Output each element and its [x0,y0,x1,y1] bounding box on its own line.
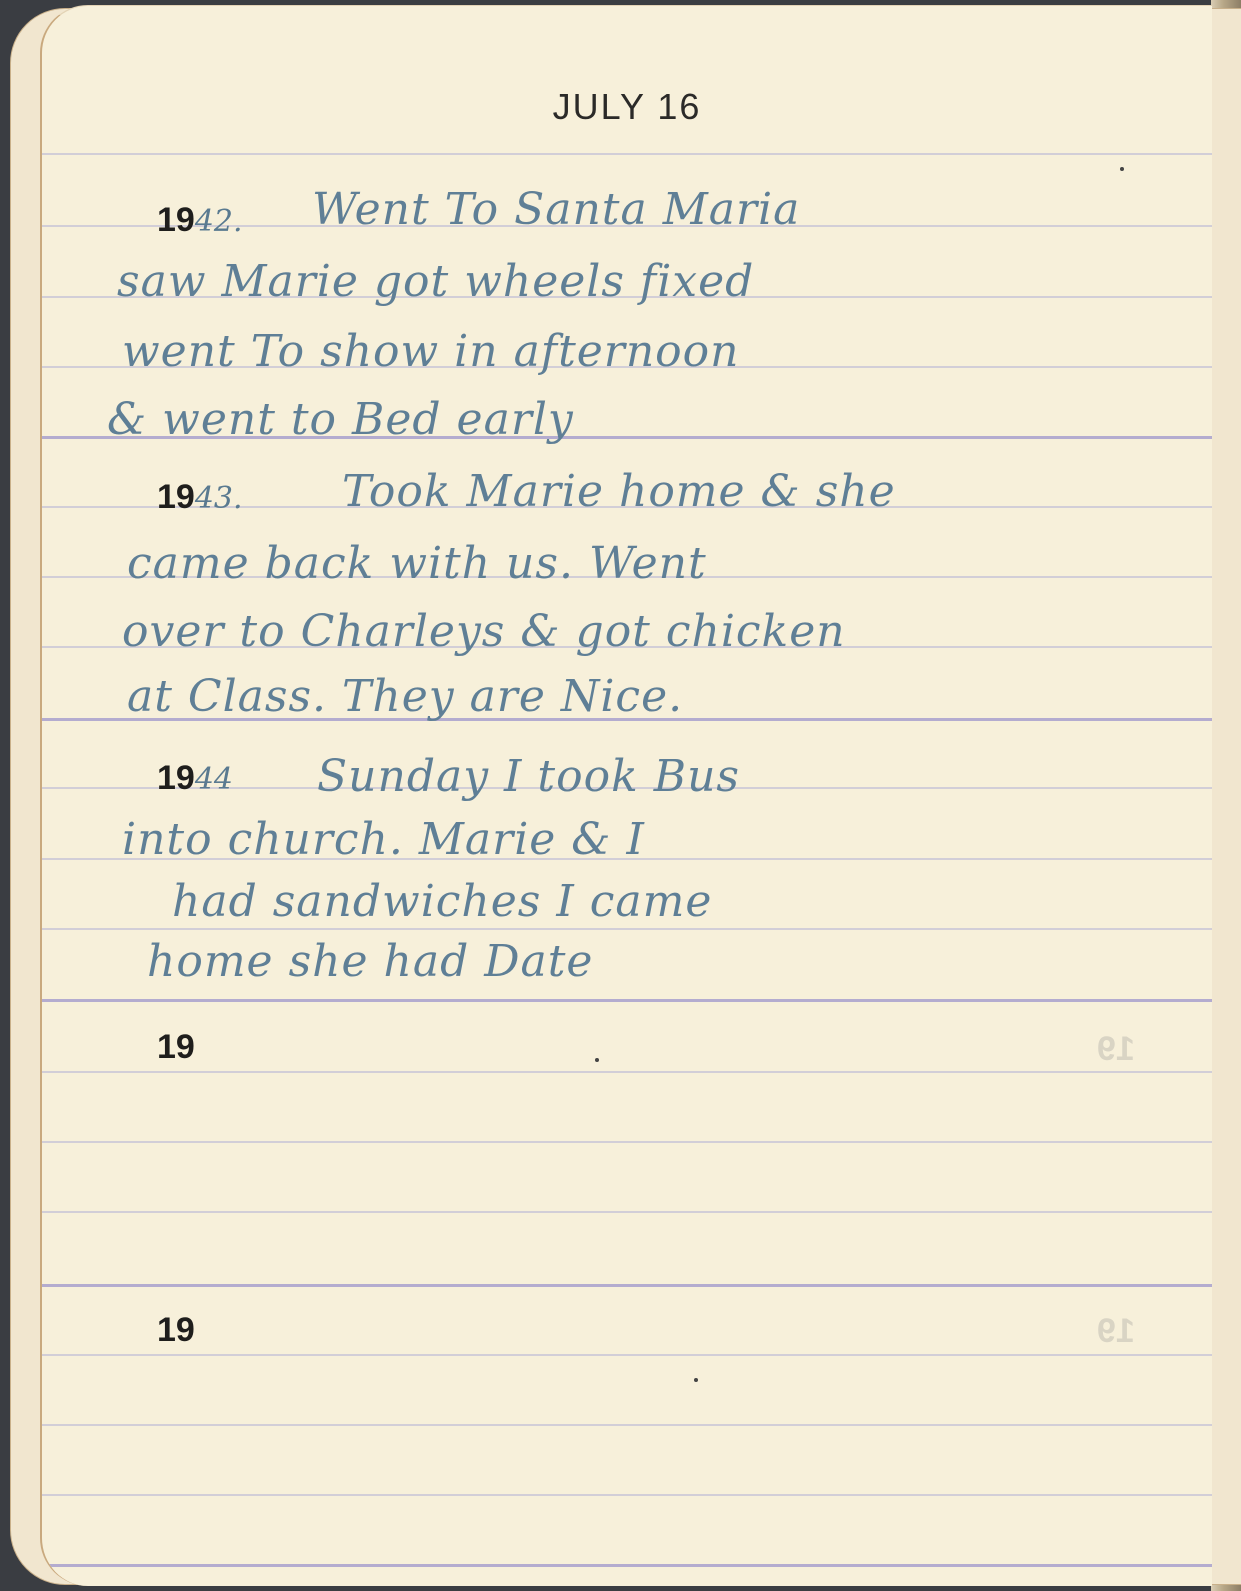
handwritten-line: & went to Bed early [107,394,574,445]
handwritten-line: over to Charleys & got chicken [122,606,846,657]
handwritten-line: at Class. They are Nice. [127,671,683,722]
section-divider [42,999,1212,1002]
ruled-line [42,1494,1212,1496]
handwritten-line: Sunday I took Bus [317,751,740,802]
year-label-1944: 1944 [157,759,233,798]
section-divider [42,1564,1212,1567]
handwritten-line: came back with us. Went [127,538,707,589]
ink-speck [1120,167,1124,171]
ruled-line [42,153,1212,155]
handwritten-line: saw Marie got wheels fixed [117,256,754,307]
year-label-blank: 19 [157,1311,195,1350]
bleed-through-year: 19 [1097,1312,1135,1351]
handwritten-line: home she had Date [147,936,593,987]
year-label-blank: 19 [157,1028,195,1067]
handwritten-line: went To show in afternoon [122,326,740,377]
ruled-line [42,1071,1212,1073]
ruled-line [42,1141,1212,1143]
bleed-through-year: 19 [1097,1030,1135,1069]
ink-speck [694,1378,698,1382]
handwritten-line: Went To Santa Maria [312,184,800,235]
ruled-line [42,1354,1212,1356]
page-date-header: JULY 16 [42,86,1212,128]
ruled-line [42,1211,1212,1213]
handwritten-line: Took Marie home & she [342,466,896,517]
handwritten-line: had sandwiches I came [172,876,712,927]
diary-page: JULY 16 1942. Went To Santa Maria saw Ma… [40,5,1212,1586]
year-label-1942: 1942. [157,201,243,240]
year-label-1943: 1943. [157,478,243,517]
ruled-line [42,928,1212,930]
ink-speck [595,1058,599,1062]
ruled-line [42,1424,1212,1426]
section-divider [42,1284,1212,1287]
handwritten-line: into church. Marie & I [122,814,645,865]
